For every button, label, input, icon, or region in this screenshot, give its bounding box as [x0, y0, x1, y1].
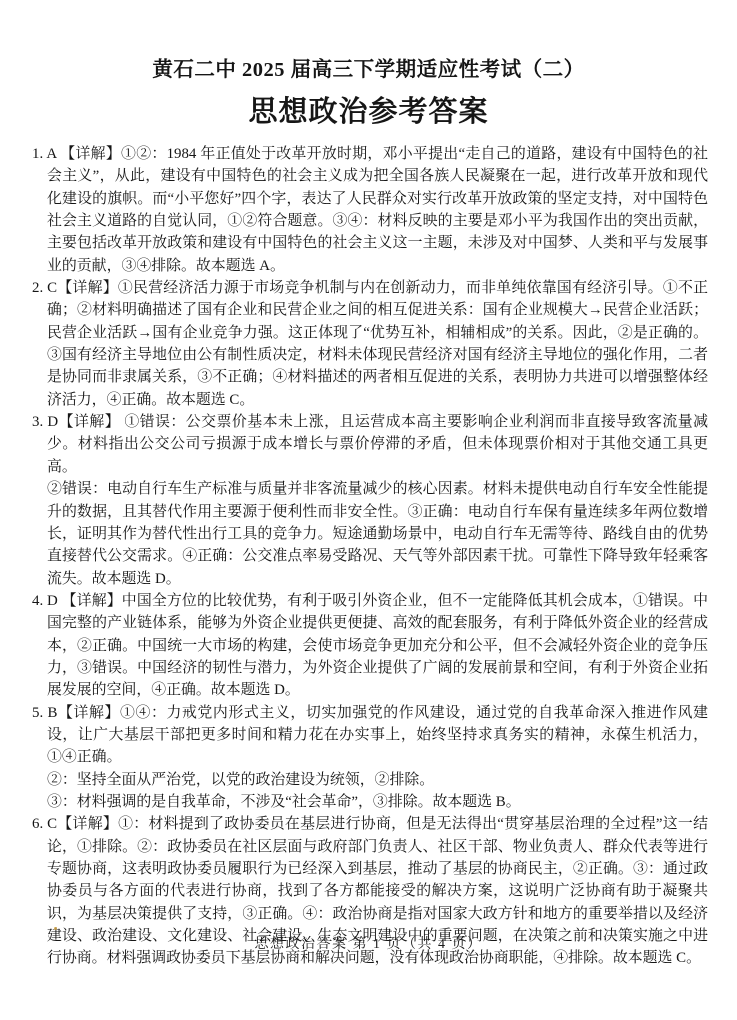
answer-label: 5. B【详解】	[32, 705, 120, 721]
answer-text: ①民营经济活力源于市场竞争机制与内在创新动力，而非单纯依靠国有经济引导。①不正确…	[47, 280, 708, 408]
answer-paragraph: ③：材料强调的是自我革命，不涉及“社会革命”，③排除。故本题选 B。	[47, 791, 708, 813]
answer-item-5: 5. B【详解】①④：力戒党内形式主义，切实加强党的作风建设，通过党的自我革命深…	[32, 702, 708, 814]
answer-label: 2. C【详解】	[32, 280, 118, 296]
answer-paragraph: 3. D【详解】 ①错误：公交票价基本未上涨，且运营成本高主要影响企业利润而非直…	[47, 411, 708, 478]
answer-paragraph: 4. D 【详解】中国全方位的比较优势，有利于吸引外资企业，但不一定能降低其机会…	[47, 590, 708, 702]
answer-paragraph: 1. A 【详解】①②：1984 年正值处于改革开放时期，邓小平提出“走自己的道…	[47, 143, 708, 277]
answer-text: ①②：1984 年正值处于改革开放时期，邓小平提出“走自己的道路，建设有中国特色…	[47, 146, 708, 274]
scan-artifact-dot	[54, 927, 57, 930]
answer-paragraph: ②错误：电动自行车生产标准与质量并非客流量减少的核心因素。材料未提供电动自行车安…	[47, 478, 708, 590]
answer-item-1: 1. A 【详解】①②：1984 年正值处于改革开放时期，邓小平提出“走自己的道…	[32, 143, 708, 277]
answers-list: 1. A 【详解】①②：1984 年正值处于改革开放时期，邓小平提出“走自己的道…	[32, 143, 708, 970]
answer-text: 中国全方位的比较优势，有利于吸引外资企业，但不一定能降低其机会成本，①错误。中国…	[47, 593, 708, 698]
answer-label: 6. C【详解】	[32, 816, 118, 832]
answer-item-2: 2. C【详解】①民营经济活力源于市场竞争机制与内在创新动力，而非单纯依靠国有经…	[32, 277, 708, 411]
answer-paragraph: 2. C【详解】①民营经济活力源于市场竞争机制与内在创新动力，而非单纯依靠国有经…	[47, 277, 708, 411]
answer-text: ①错误：公交票价基本未上涨，且运营成本高主要影响企业利润而非直接导致客流量减少。…	[47, 414, 708, 475]
page-footer: 思想政治答案 第 1 页（共 4 页）	[0, 933, 737, 953]
answer-paragraph: 5. B【详解】①④：力戒党内形式主义，切实加强党的作风建设，通过党的自我革命深…	[47, 702, 708, 769]
answer-sheet-page: 黄石二中 2025 届高三下学期适应性考试（二） 思想政治参考答案 1. A 【…	[0, 0, 737, 1020]
answer-item-3: 3. D【详解】 ①错误：公交票价基本未上涨，且运营成本高主要影响企业利润而非直…	[32, 411, 708, 590]
answer-label: 1. A 【详解】	[32, 146, 121, 162]
exam-title: 黄石二中 2025 届高三下学期适应性考试（二）	[0, 0, 737, 83]
answer-paragraph: ②：坚持全面从严治党，以党的政治建设为统领，②排除。	[47, 769, 708, 791]
answer-label: 3. D【详解】	[32, 414, 124, 430]
answer-item-4: 4. D 【详解】中国全方位的比较优势，有利于吸引外资企业，但不一定能降低其机会…	[32, 590, 708, 702]
answer-text: ①④：力戒党内形式主义，切实加强党的作风建设，通过党的自我革命深入推进作风建设，…	[47, 705, 708, 766]
answer-label: 4. D 【详解】	[32, 593, 122, 609]
subject-title: 思想政治参考答案	[0, 83, 737, 130]
